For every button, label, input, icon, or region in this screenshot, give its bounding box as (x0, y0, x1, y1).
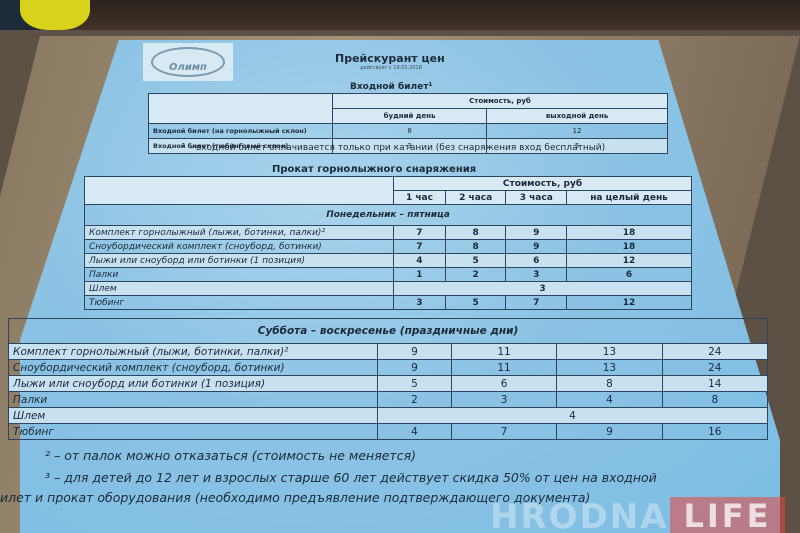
row-label: Комплект горнолыжный (лыжи, ботинки, пал… (85, 226, 394, 240)
price-cell: 9 (506, 226, 567, 240)
row-label: Лыжи или сноуборд или ботинки (1 позиция… (85, 254, 394, 268)
price-cell: 7 (451, 424, 556, 440)
price-cell: 12 (487, 124, 668, 139)
price-cell: 1 (394, 268, 446, 282)
price-cell: 6 (506, 254, 567, 268)
row-label: Лыжи или сноуборд или ботинки (1 позиция… (9, 376, 378, 392)
price-cell: 7 (394, 226, 446, 240)
price-cell: 9 (557, 424, 662, 440)
table-row: Тюбинг 4 7 9 16 (9, 424, 768, 440)
price-cell: 2 (378, 392, 452, 408)
price-list-content: Олимп Прейскурант цен действует с 19.01.… (0, 0, 800, 533)
table-row: Шлем 3 (85, 282, 692, 296)
price-cell: 7 (394, 240, 446, 254)
rental-col-1h: 1 час (394, 191, 446, 205)
footnote-discount: ³ – для детей до 12 лет и взрослых старш… (45, 470, 657, 485)
rental-cost-header: Стоимость, руб (394, 177, 692, 191)
logo-mountain-icon: Олимп (151, 47, 225, 77)
rental-header-blank (85, 177, 394, 205)
price-cell: 7 (506, 296, 567, 310)
price-cell: 14 (662, 376, 767, 392)
table-row: Сноубордический комплект (сноуборд, боти… (85, 240, 692, 254)
logo-text: Олимп (169, 62, 207, 73)
price-cell: 12 (567, 296, 692, 310)
watermark-life: LIFE (670, 497, 785, 533)
price-cell: 8 (445, 226, 506, 240)
table-row: Тюбинг 3 5 7 12 (85, 296, 692, 310)
price-cell: 8 (557, 376, 662, 392)
row-label: Шлем (9, 408, 378, 424)
price-cell: 5 (378, 376, 452, 392)
price-cell: 18 (567, 240, 692, 254)
logo: Олимп (143, 43, 233, 81)
price-cell: 3 (506, 268, 567, 282)
rental-weekday-table: Стоимость, руб 1 час 2 часа 3 часа на це… (84, 176, 692, 310)
price-cell: 6 (567, 268, 692, 282)
price-cell: 5 (445, 296, 506, 310)
table-row: Сноубордический комплект (сноуборд, боти… (9, 360, 768, 376)
price-cell: 12 (567, 254, 692, 268)
row-label: Входной билет (на горнолыжный склон) (149, 124, 333, 139)
table-row: Входной билет (на горнолыжный склон) 8 1… (149, 124, 668, 139)
price-cell: 9 (506, 240, 567, 254)
entry-col-weekend: выходной день (487, 109, 668, 124)
entry-header-blank (149, 94, 333, 124)
rental-weekend-table: Суббота – воскресенье (праздничные дни) … (8, 318, 768, 440)
row-label: Сноубордический комплект (сноуборд, боти… (9, 360, 378, 376)
rental-col-3h: 3 часа (506, 191, 567, 205)
price-cell: 24 (662, 344, 767, 360)
price-cell: 9 (378, 344, 452, 360)
section-weekdays: Понедельник – пятница (85, 205, 692, 226)
price-cell: 13 (557, 360, 662, 376)
row-label: Тюбинг (85, 296, 394, 310)
price-cell: 5 (445, 254, 506, 268)
price-cell: 24 (662, 360, 767, 376)
price-cell-merged: 3 (394, 282, 692, 296)
price-cell: 3 (451, 392, 556, 408)
price-cell-merged: 4 (378, 408, 768, 424)
page-title: Прейскурант цен (335, 52, 445, 65)
row-label: Палки (9, 392, 378, 408)
row-label: Тюбинг (9, 424, 378, 440)
rental-heading: Прокат горнолыжного снаряжения (272, 164, 476, 175)
price-cell: 8 (445, 240, 506, 254)
row-label: Шлем (85, 282, 394, 296)
price-cell: 6 (451, 376, 556, 392)
price-cell: 18 (567, 226, 692, 240)
table-row: Палки 2 3 4 8 (9, 392, 768, 408)
price-cell: 4 (557, 392, 662, 408)
rental-col-2h: 2 часа (445, 191, 506, 205)
page-subtitle: действует с 19.01.2018 (360, 65, 422, 71)
table-row: Лыжи или сноуборд или ботинки (1 позиция… (85, 254, 692, 268)
price-cell: 4 (394, 254, 446, 268)
price-cell: 3 (394, 296, 446, 310)
entry-ticket-heading: Входной билет¹ (350, 82, 432, 92)
rental-col-day: на целый день (567, 191, 692, 205)
price-cell: 8 (662, 392, 767, 408)
entry-col-weekday: будний день (333, 109, 487, 124)
row-label: Комплект горнолыжный (лыжи, ботинки, пал… (9, 344, 378, 360)
price-cell: 2 (445, 268, 506, 282)
footnote-poles: ² – от палок можно отказаться (стоимость… (45, 448, 416, 463)
price-cell: 11 (451, 360, 556, 376)
section-weekends: Суббота – воскресенье (праздничные дни) (9, 319, 768, 344)
price-cell: 8 (333, 124, 487, 139)
price-cell: 9 (378, 360, 452, 376)
watermark-hrodna: HRODNA (490, 497, 669, 533)
row-label: Сноубордический комплект (сноуборд, боти… (85, 240, 394, 254)
table-row: Шлем 4 (9, 408, 768, 424)
table-row: Комплект горнолыжный (лыжи, ботинки, пал… (9, 344, 768, 360)
entry-cost-header: Стоимость, руб (333, 94, 668, 109)
entry-footnote: ¹ – входной билет оплачивается только пр… (182, 143, 605, 153)
row-label: Палки (85, 268, 394, 282)
table-row: Палки 1 2 3 6 (85, 268, 692, 282)
price-cell: 16 (662, 424, 767, 440)
table-row: Комплект горнолыжный (лыжи, ботинки, пал… (85, 226, 692, 240)
price-cell: 13 (557, 344, 662, 360)
price-cell: 11 (451, 344, 556, 360)
price-cell: 4 (378, 424, 452, 440)
table-row: Лыжи или сноуборд или ботинки (1 позиция… (9, 376, 768, 392)
